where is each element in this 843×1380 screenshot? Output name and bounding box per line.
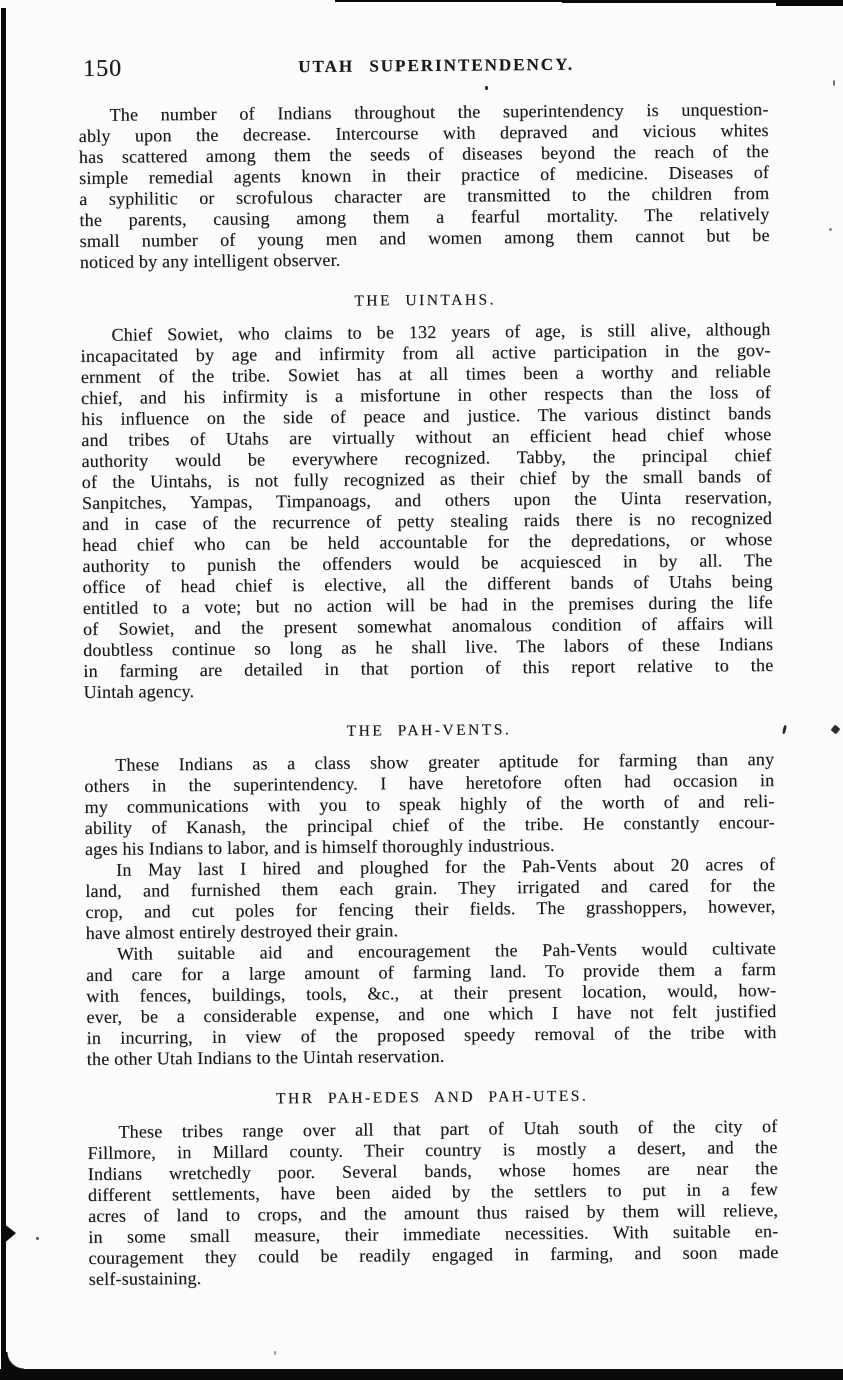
document-section: The number of Indians throughout the sup… <box>78 99 769 273</box>
ink-speck <box>833 80 835 86</box>
scan-edge-blob <box>3 1225 16 1242</box>
page-content: 150 UTAH SUPERINTENDENCY. The number of … <box>78 50 779 1290</box>
document-section: THE PAH-VENTS.These Indians as a class s… <box>84 719 777 1070</box>
document-section: THR PAH-EDES AND PAH-UTES.These tribes r… <box>87 1086 779 1290</box>
page-header: 150 UTAH SUPERINTENDENCY. <box>78 50 768 80</box>
ink-speck <box>782 725 787 734</box>
ink-speck <box>829 228 832 231</box>
scan-edge-corner <box>6 1352 24 1370</box>
section-heading: THR PAH-EDES AND PAH-UTES. <box>87 1086 777 1110</box>
paragraph: In May last I hired and ploughed for the… <box>85 854 776 944</box>
ink-speck <box>831 725 841 735</box>
page-body: The number of Indians throughout the sup… <box>78 99 778 1290</box>
running-title: UTAH SUPERINTENDENCY. <box>78 53 768 79</box>
ink-speck <box>36 1237 39 1240</box>
paragraph: Chief Sowiet, who claims to be 132 years… <box>80 319 773 703</box>
scanned-document-page: 150 UTAH SUPERINTENDENCY. The number of … <box>0 0 843 1380</box>
section-heading: THE PAH-VENTS. <box>84 719 774 743</box>
scan-edge-top <box>776 0 843 6</box>
scan-edge-bottom <box>0 1369 843 1380</box>
paragraph: The number of Indians throughout the sup… <box>78 99 769 273</box>
paragraph: With suitable aid and encouragement the … <box>86 938 777 1070</box>
paragraph: These tribes range over all that part of… <box>87 1116 778 1290</box>
document-section: THE UINTAHS.Chief Sowiet, who claims to … <box>80 289 774 703</box>
section-heading: THE UINTAHS. <box>80 289 770 313</box>
ink-speck <box>274 1351 276 1355</box>
paragraph: These Indians as a class show greater ap… <box>84 749 775 860</box>
scan-edge-left <box>1 8 6 1380</box>
